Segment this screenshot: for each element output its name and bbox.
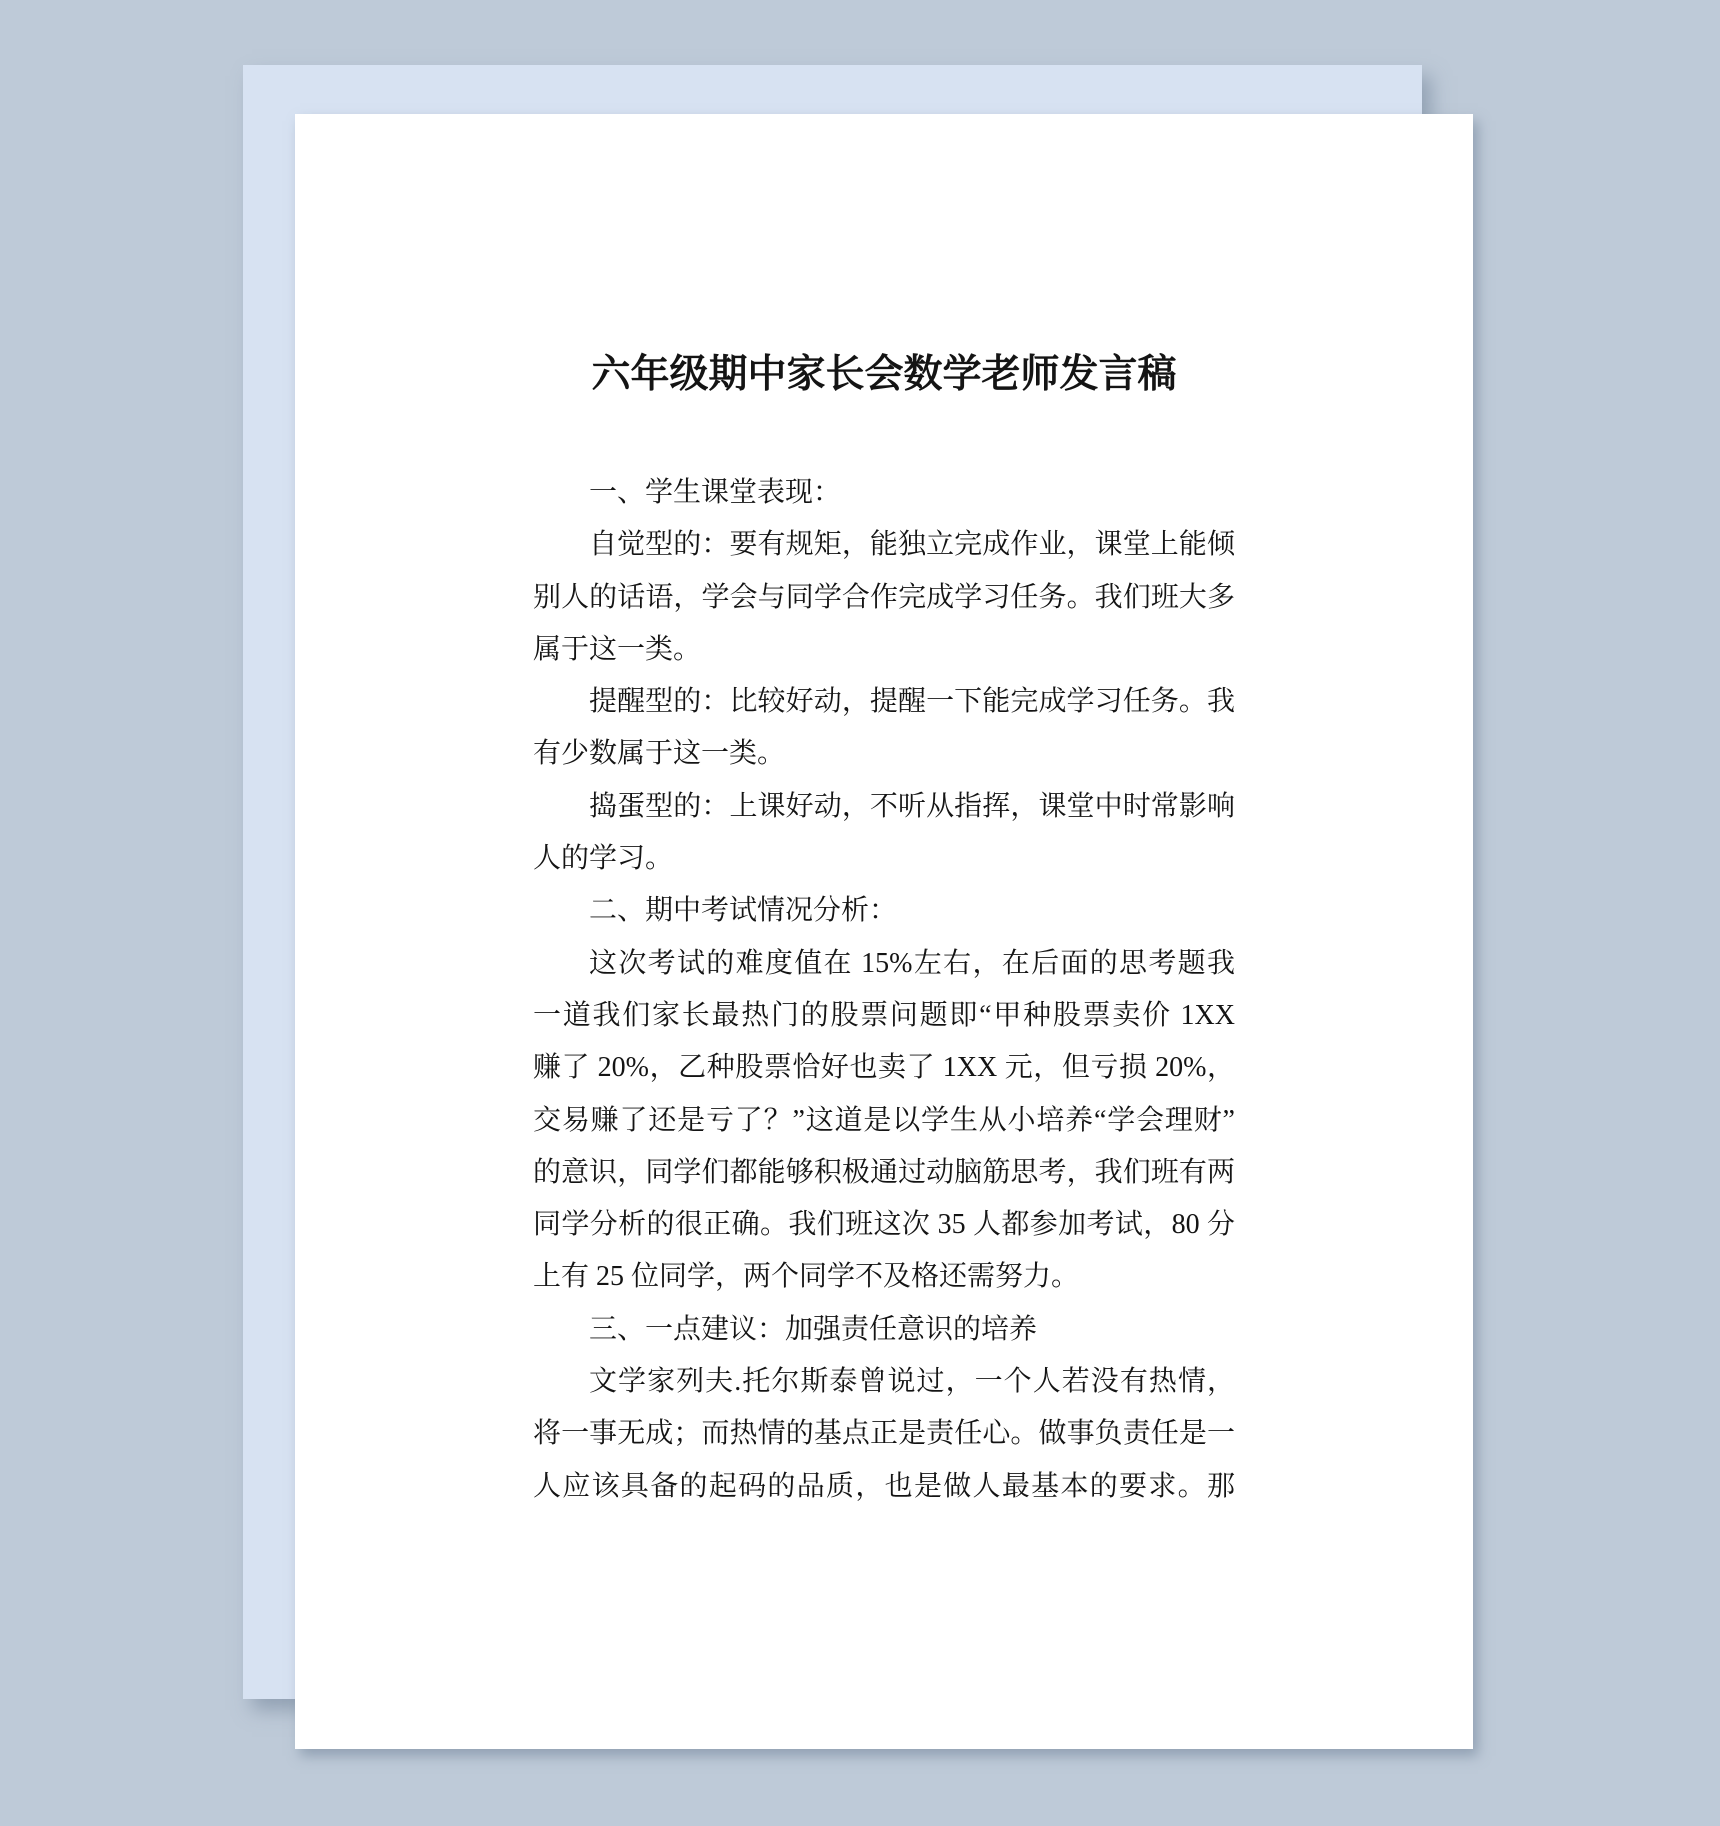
text-line: 文学家列夫.托尔斯泰曾说过，一个人若没有热情，他 [533,1356,1235,1408]
document-body: 一、学生课堂表现：自觉型的：要有规矩，能独立完成作业，课堂上能倾听别人的话语，学… [533,467,1235,1513]
document-title: 六年级期中家长会数学老师发言稿 [295,355,1473,395]
desktop-background: 六年级期中家长会数学老师发言稿 一、学生课堂表现：自觉型的：要有规矩，能独立完成… [0,0,1720,1826]
text-line: 二、期中考试情况分析： [533,885,1235,937]
text-line: 上有 25 位同学，两个同学不及格还需努力。 [533,1251,1235,1303]
text-line: 捣蛋型的：上课好动，不听从指挥，课堂中时常影响别 [533,781,1235,833]
text-line: 的意识，同学们都能够积极通过动脑筋思考，我们班有两位 [533,1147,1235,1199]
text-line: 提醒型的：比较好动，提醒一下能完成学习任务。我们 [533,676,1235,728]
text-line: 有少数属于这一类。 [533,728,1235,780]
text-line: 一、学生课堂表现： [533,467,1235,519]
text-line: 同学分析的很正确。我们班这次 35 人都参加考试，80 分以 [533,1199,1235,1251]
text-line: 一道我们家长最热门的股票问题即“甲种股票卖价 1XX 元， [533,990,1235,1042]
text-line: 三、一点建议：加强责任意识的培养 [533,1304,1235,1356]
text-line: 别人的话语，学会与同学合作完成学习任务。我们班大多数 [533,572,1235,624]
text-line: 自觉型的：要有规矩，能独立完成作业，课堂上能倾听 [533,519,1235,571]
text-line: 这次考试的难度值在 15%左右，在后面的思考题我出了 [533,938,1235,990]
text-line: 交易赚了还是亏了？”这道是以学生从小培养“学会理财” [533,1095,1235,1147]
text-line: 属于这一类。 [533,624,1235,676]
text-line: 将一事无成；而热情的基点正是责任心。做事负责任是一个 [533,1408,1235,1460]
text-line: 赚了 20%，乙种股票恰好也卖了 1XX 元，但亏损 20%，两次 [533,1042,1235,1094]
text-line: 人应该具备的起码的品质，也是做人最基本的要求。那么， [533,1461,1235,1513]
document-page: 六年级期中家长会数学老师发言稿 一、学生课堂表现：自觉型的：要有规矩，能独立完成… [295,114,1473,1749]
text-line: 人的学习。 [533,833,1235,885]
